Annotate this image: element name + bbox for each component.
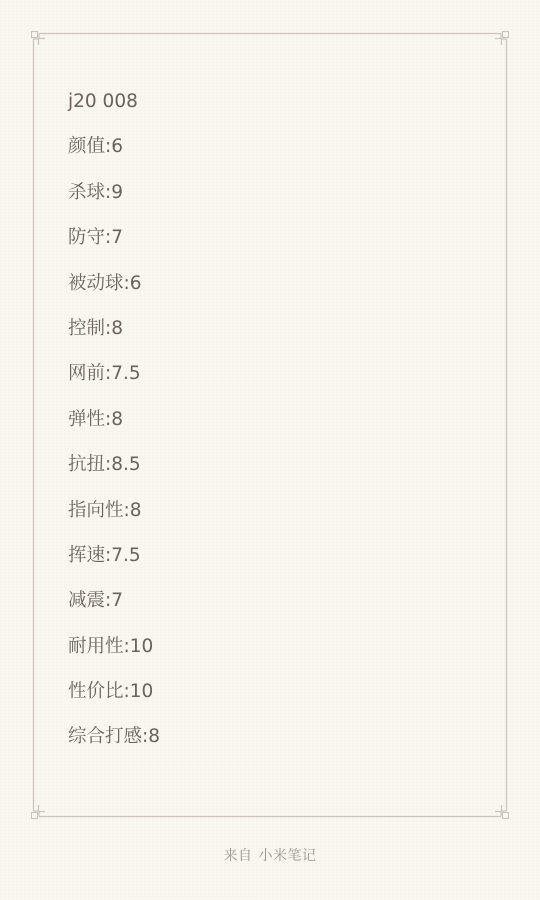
- rating-line-net-play: 网前:7.5: [68, 360, 488, 405]
- rating-line-directionality: 指向性:8: [68, 497, 488, 542]
- corner-square-icon: [503, 32, 509, 38]
- rating-line-defense: 防守:7: [68, 224, 488, 269]
- corner-square-icon: [32, 32, 38, 38]
- footer-prefix: 来自: [224, 848, 253, 864]
- rating-line-overall-feel: 综合打感:8: [68, 723, 488, 768]
- rating-line-durability: 耐用性:10: [68, 633, 488, 678]
- rating-line-swing-speed: 挥速:7.5: [68, 542, 488, 587]
- note-title: j20 008: [68, 88, 488, 133]
- corner-square-icon: [32, 813, 38, 819]
- rating-line-appearance: 颜值:6: [68, 133, 488, 178]
- rating-line-control: 控制:8: [68, 315, 488, 360]
- rating-line-smash: 杀球:9: [68, 179, 488, 224]
- note-body[interactable]: j20 008 颜值:6 杀球:9 防守:7 被动球:6 控制:8 网前:7.5…: [68, 88, 488, 769]
- rating-line-torsion-resistance: 抗扭:8.5: [68, 451, 488, 496]
- rating-line-passive-shot: 被动球:6: [68, 270, 488, 315]
- footer-app-name: 小米笔记: [259, 848, 317, 864]
- corner-square-icon: [503, 813, 509, 819]
- source-footer: 来自小米笔记: [0, 845, 540, 865]
- rating-line-elasticity: 弹性:8: [68, 406, 488, 451]
- rating-line-value-for-money: 性价比:10: [68, 678, 488, 723]
- rating-line-shock-absorption: 减震:7: [68, 587, 488, 632]
